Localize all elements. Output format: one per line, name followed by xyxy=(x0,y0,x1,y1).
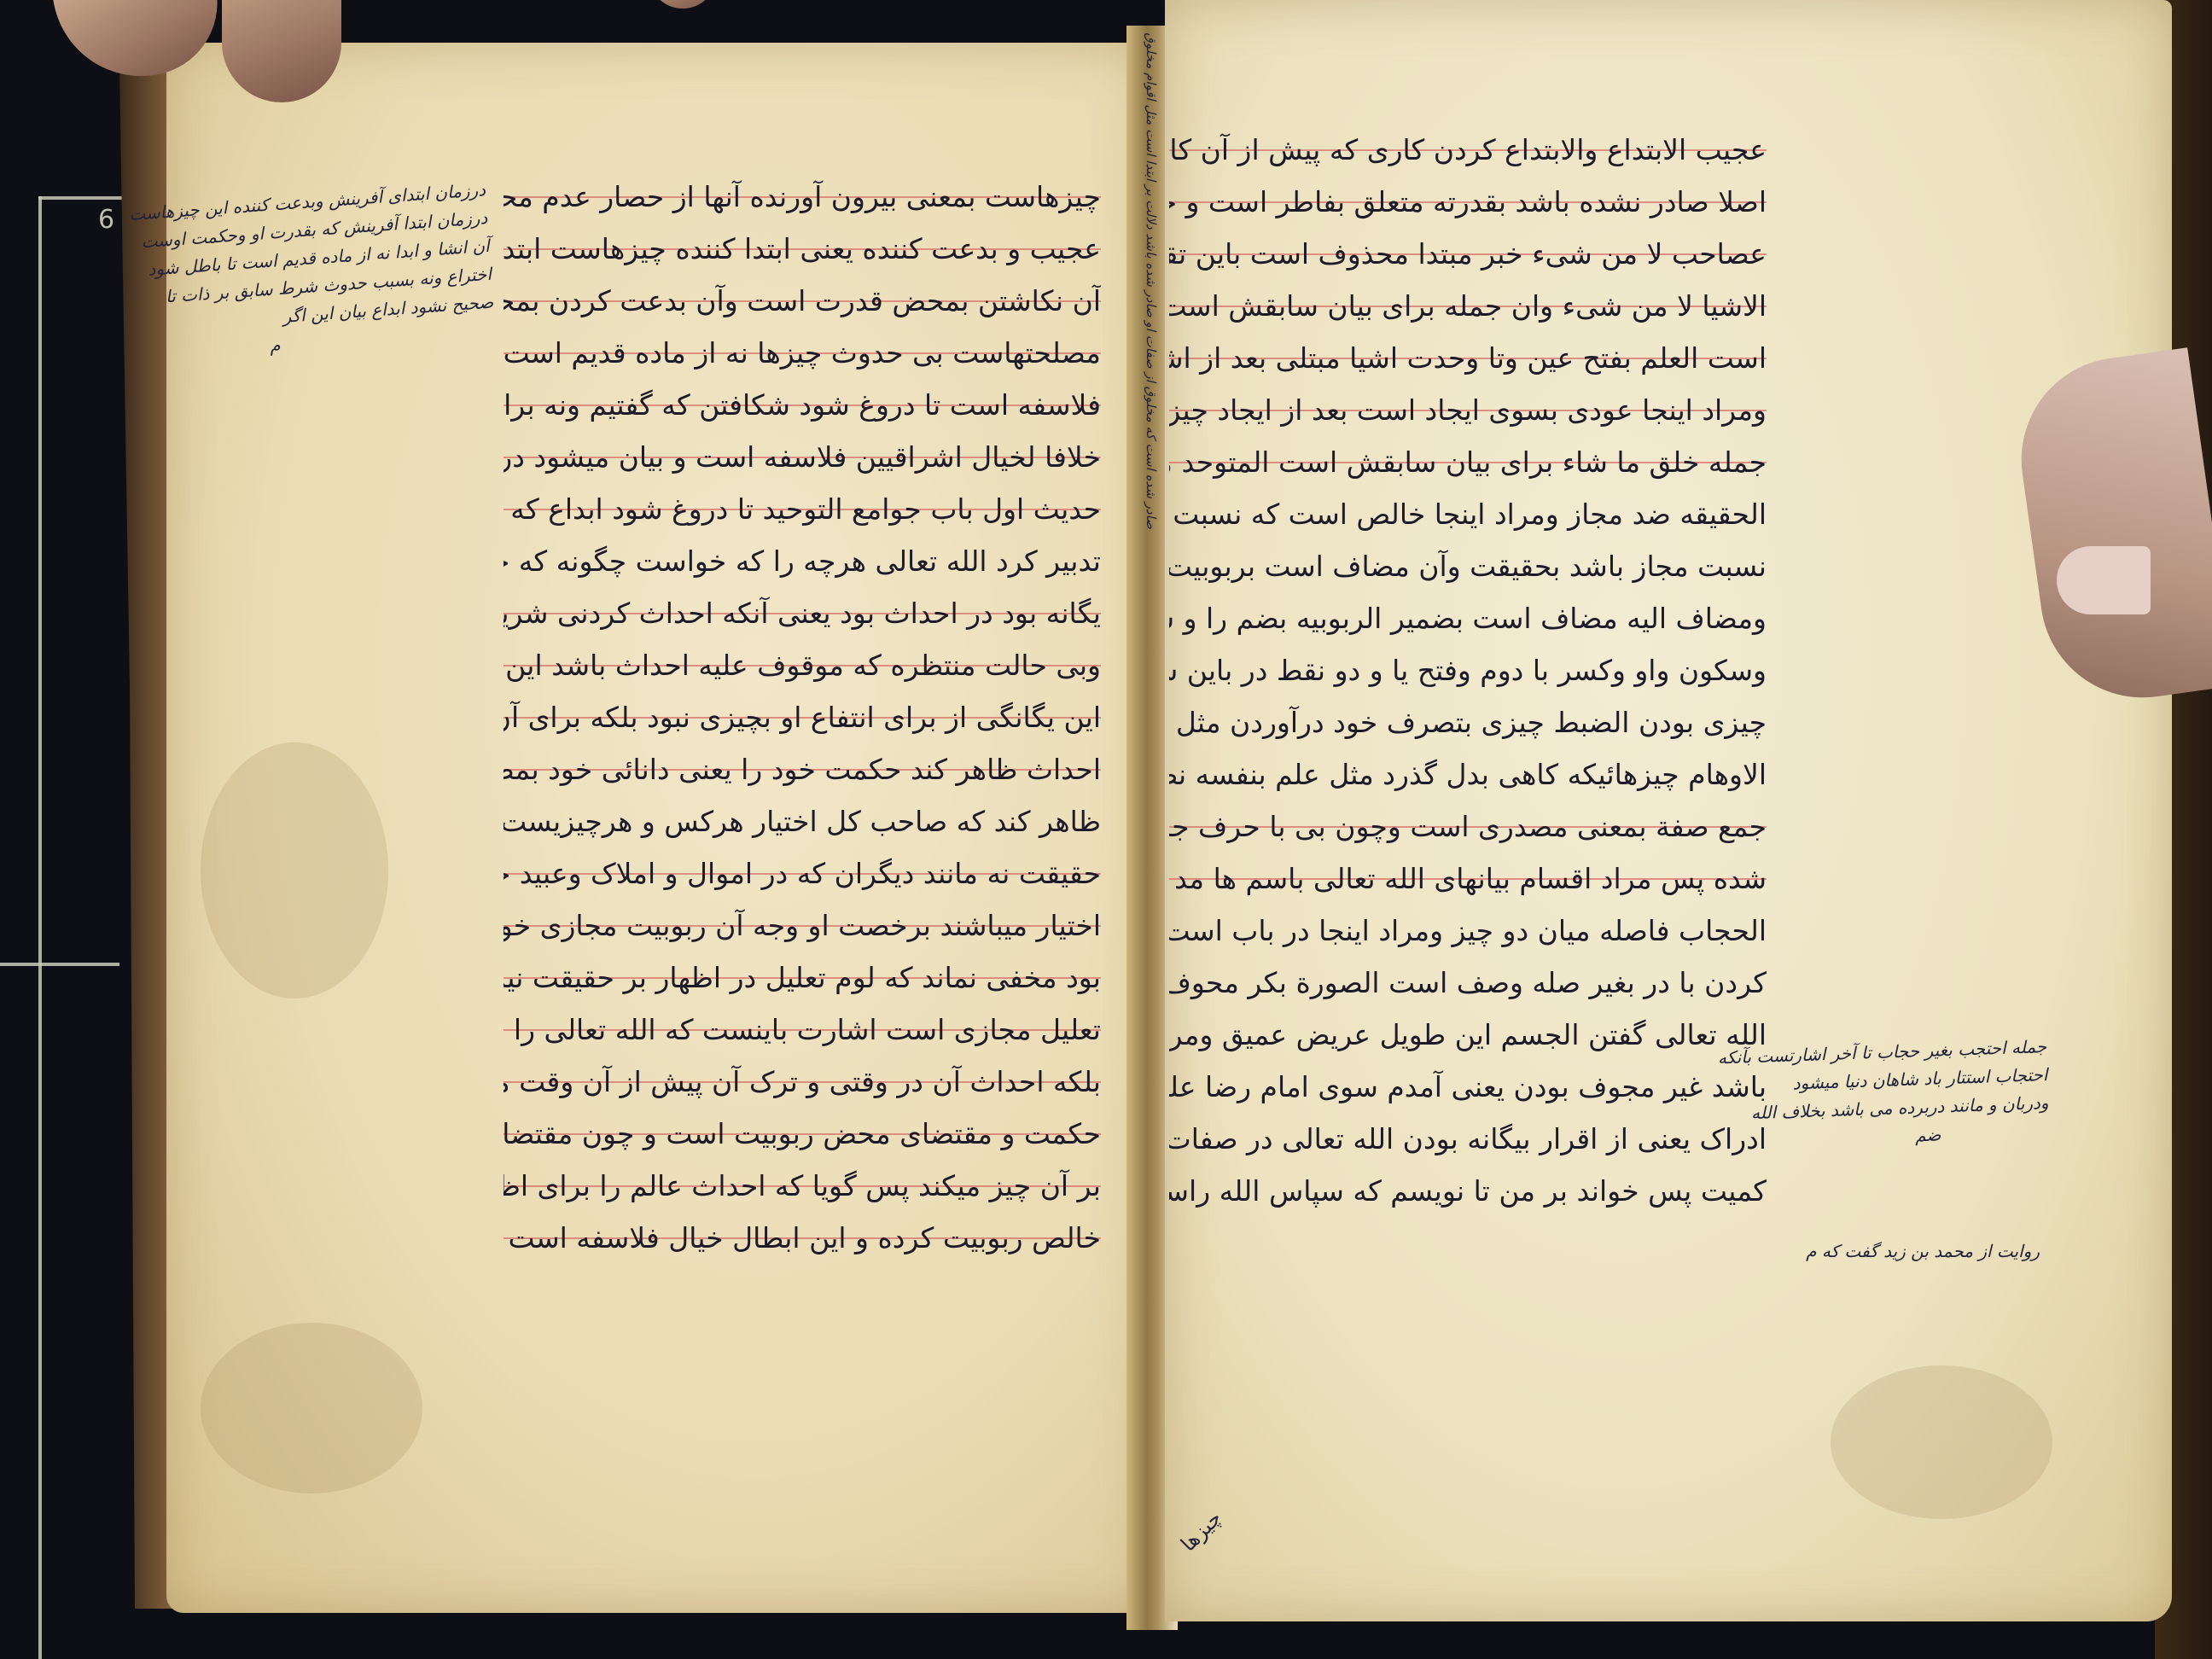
text-line: آن نکاشتن بمحض قدرت است وآن بدعت کردن بم… xyxy=(504,275,1101,327)
stain xyxy=(201,1323,422,1493)
text-line: ظاهر کند که صاحب کل اختیار هرکس و هرچیزی… xyxy=(504,795,1101,847)
text-line: وبی حالت منتظره که موقوف علیه احداث باشد… xyxy=(504,639,1101,691)
left-page-text: چیزهاست بمعنی بیرون آورنده آنها از حصار … xyxy=(504,171,1101,1264)
text-line: ومضاف الیه مضاف است بضمیر الربوبیه بضم ر… xyxy=(1169,592,1767,644)
text-line: احداث ظاهر کند حکمت خود را یعنی دانائی خ… xyxy=(504,743,1101,795)
text-line: فلاسفه است تا دروغ شود شکافتن که گفتیم و… xyxy=(504,379,1101,431)
text-line: اختیار میباشند برخصت او وجه آن ربوبیت مج… xyxy=(504,899,1101,952)
text-line: یگانه بود در احداث بود یعنی آنکه احداث ک… xyxy=(504,587,1101,639)
text-line: حکمت و مقتضای محض ربوبیت است و چون مقتضا… xyxy=(504,1108,1101,1160)
text-line: تدبیر کرد الله تعالی هرچه را که خواست چگ… xyxy=(504,535,1101,587)
left-margin-note: درزمان ابتدای آفرینش وبدعت کننده این چیز… xyxy=(259,176,496,360)
text-line: حقیقت نه مانند دیگران که در اموال و املا… xyxy=(504,847,1101,899)
text-line: کردن با در بغیر صله وصف است الصورة بکر م… xyxy=(1169,957,1767,1009)
text-line: نسبت مجاز باشد بحقیقت وآن مضاف است بربوب… xyxy=(1169,540,1767,592)
right-page-text: عجیب الابتداع والابتداع کردن کاری که پیش… xyxy=(1169,124,1767,1217)
text-line: جمع صفة بمعنی مصدری است وچون بی با حرف ج… xyxy=(1169,800,1767,853)
cutting-mat-line xyxy=(38,196,124,200)
text-line: الاشیا لا من شیء وان جمله برای بیان سابق… xyxy=(1169,280,1767,332)
text-line: شده پس مراد اقسام بیانهای الله تعالی باس… xyxy=(1169,853,1767,905)
text-line: الحقیقه ضد مجاز ومراد اینجا خالص است که … xyxy=(1169,488,1767,540)
thumbnail xyxy=(2057,546,2151,614)
text-line: وسکون واو وکسر با دوم وفتح یا و دو نقط د… xyxy=(1169,644,1767,696)
text-line: الاوهام چیزهائیکه کاهی بدل گذرد مثل علم … xyxy=(1169,748,1767,800)
text-line: این یگانگی از برای انتفاع او بچیزی نبود … xyxy=(504,691,1101,743)
text-line: بود مخفی نماند که لوم تعلیل در اظهار بر … xyxy=(504,952,1101,1004)
text-line: تعلیل مجازی است اشارت باینست که الله تعا… xyxy=(504,1004,1101,1056)
vertical-margin-note: صادر شده است که مخلوق از صفات او صادر شد… xyxy=(1137,102,1165,529)
text-line: بلکه احداث آن در وقتی و ترک آن پیش از آن… xyxy=(504,1056,1101,1108)
text-line: چیزی بودن الضبط چیزی بتصرف خود درآوردن م… xyxy=(1169,696,1767,748)
stain xyxy=(201,742,388,998)
text-line: اصلا صادر نشده باشد بقدرته متعلق بفاطر ا… xyxy=(1169,176,1767,228)
text-line: بر آن چیز میکند پس گویا که احداث عالم را… xyxy=(504,1160,1101,1212)
text-line: الله تعالی گفتن الجسم این طویل عریض عمیق… xyxy=(1169,1009,1767,1061)
text-line: ادراک یعنی از اقرار بیگانه بودن الله تعا… xyxy=(1169,1113,1767,1165)
text-line: جمله خلق ما شاء برای بیان سابقش است المت… xyxy=(1169,436,1767,488)
text-line: خالص ربوبیت کرده و این ابطال خیال فلاسفه… xyxy=(504,1212,1101,1264)
text-line: عصاحب لا من شیء خبر مبتدا محذوف است باین… xyxy=(1169,228,1767,280)
text-line: عجیب الابتداع والابتداع کردن کاری که پیش… xyxy=(1169,124,1767,176)
text-line: عجیب و بدعت کننده یعنی ابتدا کننده چیزها… xyxy=(504,223,1101,275)
cutting-mat-line xyxy=(0,963,119,966)
text-line: باشد غیر مجوف بودن یعنی آمدم سوی امام رض… xyxy=(1169,1061,1767,1113)
text-line: ومراد اینجا عودی بسوی ایجاد است بعد از ا… xyxy=(1169,384,1767,436)
text-line: کمیت پس خواند بر من تا نویسم که سپاس الل… xyxy=(1169,1165,1767,1217)
cutting-mat-number: 6 xyxy=(98,205,114,235)
text-line: الحجاب فاصله میان دو چیز ومراد اینجا در … xyxy=(1169,905,1767,957)
text-line: خلافا لخیال اشراقیین فلاسفه است و بیان م… xyxy=(504,431,1101,483)
right-margin-note-2: روایت از محمد بن زید گفت که م xyxy=(1818,1237,2040,1266)
text-line: حدیث اول باب جوامع التوحید تا دروغ شود ا… xyxy=(504,483,1101,535)
text-line: چیزهاست بمعنی بیرون آورنده آنها از حصار … xyxy=(504,171,1101,223)
cutting-mat-line xyxy=(38,196,42,1659)
stain xyxy=(1831,1365,2052,1519)
manuscript-photo: 6 درزمان ابتدای آفرینش وبدعت کننده این چ… xyxy=(0,0,2212,1659)
text-line: مصلحتهاست بی حدوث چیزها نه از ماده قدیم … xyxy=(504,327,1101,379)
text-line: است العلم بفتح عین وتا وحدت اشیا مبتلی ب… xyxy=(1169,332,1767,384)
right-margin-note: جمله احتجب بغیر حجاب تا آخر اشارتست بآنک… xyxy=(1803,1033,2050,1154)
finger xyxy=(649,0,717,9)
